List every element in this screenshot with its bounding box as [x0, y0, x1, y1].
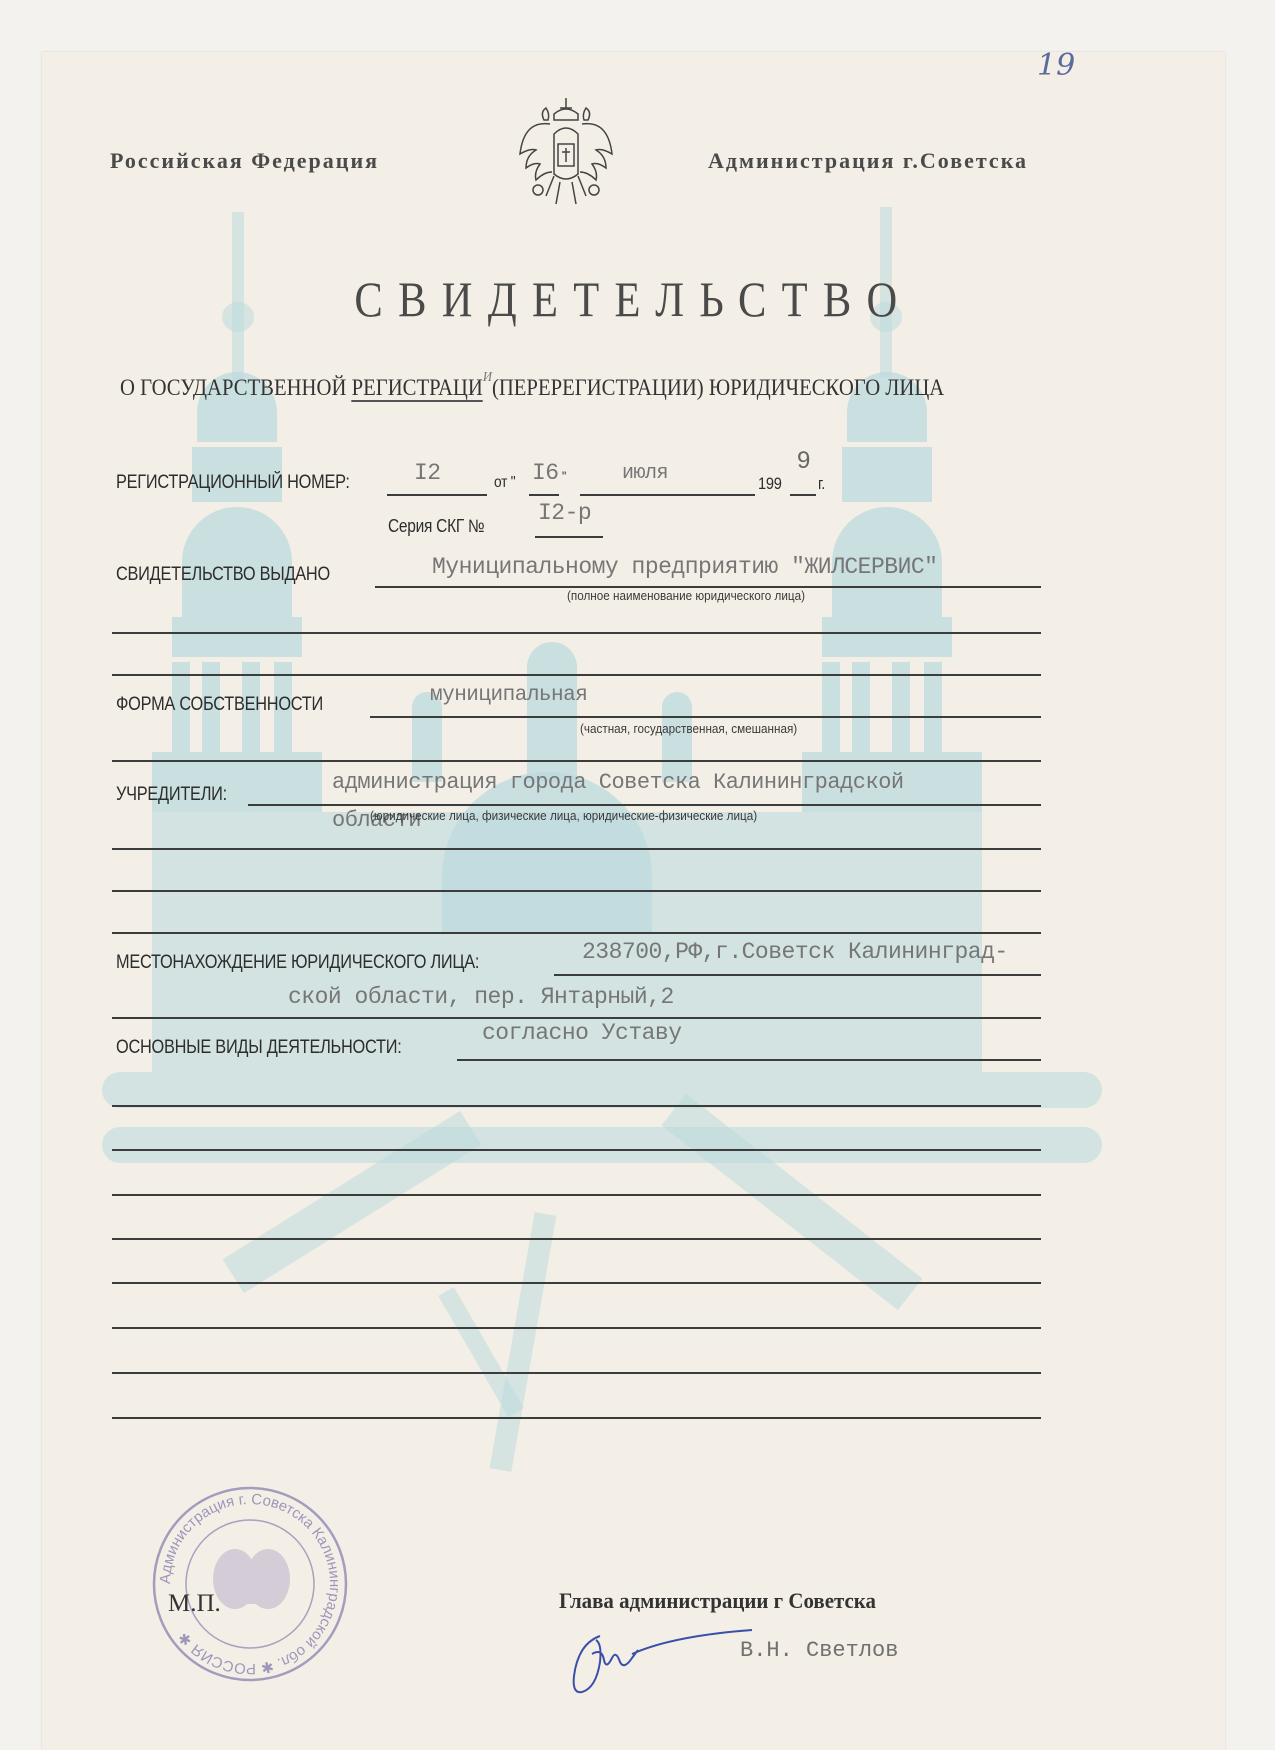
blank-line [112, 1282, 1041, 1284]
blank-line [112, 1017, 1041, 1019]
blank-line [112, 890, 1041, 892]
subtitle-part1: О ГОСУДАРСТВЕННОЙ [120, 375, 352, 400]
registration-day: I6 [532, 460, 559, 486]
registration-year-label: г. [818, 474, 825, 494]
document-subtitle: О ГОСУДАРСТВЕННОЙ РЕГИСТРАЦИИ(ПЕРЕРЕГИСТ… [120, 370, 944, 401]
location-value-line2: ской области, пер. Янтарный,2 [288, 984, 674, 1010]
blank-line [112, 848, 1041, 850]
month-line [580, 494, 755, 496]
blank-line [112, 1105, 1041, 1107]
location-line [554, 974, 1041, 976]
activities-line [457, 1059, 1041, 1061]
series-line [535, 536, 603, 538]
year-line [790, 494, 816, 496]
activities-value: согласно Уставу [482, 1020, 682, 1046]
ownership-value: муниципальная [430, 684, 587, 707]
registration-day-close: " [562, 468, 566, 484]
blank-line [112, 932, 1041, 934]
blank-line [112, 1238, 1041, 1240]
certificate-page: 19 Российская Федерация Администрация г.… [42, 52, 1225, 1750]
blank-line [112, 1417, 1041, 1419]
location-label: МЕСТОНАХОЖДЕНИЕ ЮРИДИЧЕСКОГО ЛИЦА: [116, 952, 479, 974]
registration-number-value: I2 [414, 460, 441, 486]
location-value-line1: 238700,РФ,г.Советск Калининград- [582, 939, 1008, 965]
series-value: I2-р [538, 500, 591, 526]
header-country: Российская Федерация [110, 148, 379, 174]
official-stamp: Администрация г. Советска Калининградско… [150, 1484, 350, 1684]
issued-to-label: СВИДЕТЕЛЬСТВО ВЫДАНО [116, 564, 330, 586]
founders-line [248, 804, 1041, 806]
day-line [529, 494, 559, 496]
registration-year-suffix: 9 [797, 447, 810, 475]
registration-year-prefix: 199 [758, 474, 782, 494]
blank-line [112, 632, 1041, 634]
blank-line [112, 1149, 1041, 1151]
subtitle-handwritten-insert: И [483, 370, 492, 385]
double-headed-eagle-emblem [514, 94, 618, 212]
signatory-name: В.Н. Светлов [740, 1638, 898, 1663]
page-number: 19 [1037, 48, 1075, 83]
series-label: Серия СКГ № [388, 516, 484, 537]
issued-to-hint: (полное наименование юридического лица) [567, 588, 805, 603]
subtitle-part3: (ПЕРЕРЕГИСТРАЦИИ) ЮРИДИЧЕСКОГО ЛИЦА [492, 375, 944, 400]
subtitle-registration: РЕГИСТРАЦИ [352, 375, 483, 402]
seal-placeholder-label: М.П. [168, 1590, 221, 1618]
document-title: СВИДЕТЕЛЬСТВО [131, 270, 1137, 328]
activities-label: ОСНОВНЫЕ ВИДЫ ДЕЯТЕЛЬНОСТИ: [116, 1037, 402, 1059]
ownership-line [370, 716, 1041, 718]
blank-line [112, 674, 1041, 676]
header-administration: Администрация г.Советска [708, 148, 1028, 174]
ownership-hint: (частная, государственная, смешанная) [580, 721, 797, 736]
signatory-title: Глава администрации г Советска [559, 1588, 876, 1614]
blank-line [112, 1327, 1041, 1329]
registration-from-label: от " [494, 474, 515, 492]
signature [562, 1624, 762, 1704]
blank-line [112, 1372, 1041, 1374]
founders-label: УЧРЕДИТЕЛИ: [116, 784, 227, 806]
issued-to-value: Муниципальному предприятию "ЖИЛСЕРВИС" [432, 554, 938, 580]
founders-hint: (юридические лица, физические лица, юрид… [370, 808, 757, 823]
ownership-label: ФОРМА СОБСТВЕННОСТИ [116, 694, 323, 716]
registration-number-line [387, 494, 487, 496]
blank-line [112, 1194, 1041, 1196]
registration-number-label: РЕГИСТРАЦИОННЫЙ НОМЕР: [116, 472, 350, 494]
registration-month: июля [622, 462, 668, 485]
blank-line [112, 760, 1041, 762]
founders-value-line1: администрация города Советска Калинингра… [332, 770, 904, 795]
